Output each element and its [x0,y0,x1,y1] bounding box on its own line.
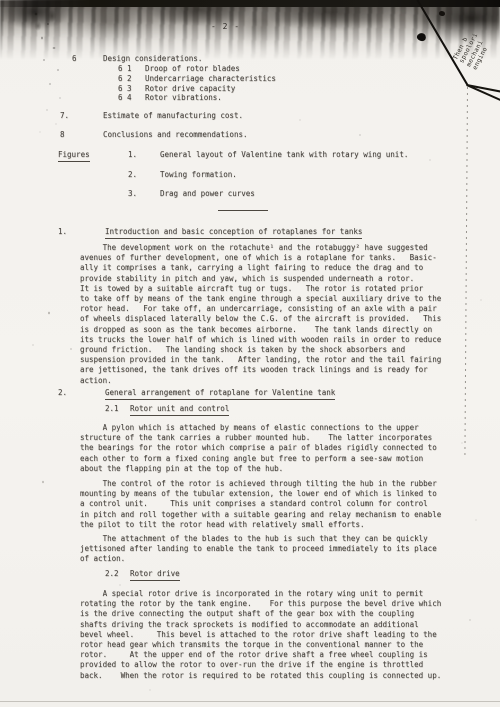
section-2-2-heading: 2.2Rotor drive [105,569,180,579]
toc-item-number: 6 [72,54,103,64]
figures-heading: Figures [58,150,90,162]
section-2-heading: 2.General arrangement of rotaplane for V… [58,388,335,398]
toc-subitem-64: 6 4Rotor vibrations. [118,93,222,103]
figure-caption: Towing formation. [160,170,237,179]
scanned-document-page: - 2 - Then b spoolori mechani engino 6De… [0,0,500,707]
top-scan-smudge-artifact [0,0,500,60]
section-title: Rotor drive [130,569,180,581]
toc-subitem-number: 6 4 [118,93,145,103]
toc-item-label: Design considerations. [103,54,202,63]
section-1-paragraph: The development work on the rotachute¹ a… [80,243,441,386]
section-divider-line [218,210,268,211]
figure-number: 3. [128,189,160,199]
toc-subitem-62: 6 2Undercarriage characteristics [118,74,276,84]
bottom-scan-edge-line [0,701,500,702]
page-number: - 2 - [211,22,240,31]
figure-number: 1. [128,150,160,160]
toc-item-number: 8 [60,130,103,140]
section-number: 2.2 [105,569,130,579]
toc-item-number: 7. [60,111,103,121]
left-speckle-artifact [14,4,84,144]
toc-subitem-number: 6 1 [118,64,145,74]
section-2-1-paragraph-2: The control of the rotor is achieved thr… [80,479,441,530]
figures-row-3: 3.Drag and power curves [128,189,255,199]
section-number: 1. [58,227,105,237]
figures-row-2: 2.Towing formation. [128,170,237,180]
toc-subitem-label: Rotor vibrations. [145,93,222,102]
section-number: 2. [58,388,105,398]
section-2-1-paragraph-1: A pylon which is attached by means of el… [80,423,437,474]
section-2-1-paragraph-3: The attachment of the blades to the hub … [80,534,437,565]
toc-subitem-label: Rotor drive capacity [145,84,235,93]
toc-subitem-label: Undercarriage characteristics [145,74,276,83]
figure-number: 2. [128,170,160,180]
toc-item-7: 7.Estimate of manufacturing cost. [60,111,243,121]
vertical-crease-line [464,87,468,457]
section-title: Introduction and basic conception of rot… [105,227,362,239]
section-2-2-paragraph-1: A special rotor drive is incorporated in… [80,589,441,681]
figure-caption: General layout of Valentine tank with ro… [160,150,408,159]
ink-speck-artifact [439,11,445,16]
section-number: 2.1 [105,404,130,414]
toc-item-6: 6Design considerations. [72,54,202,64]
section-1-heading: 1.Introduction and basic conception of r… [58,227,362,237]
figures-heading-wrap: Figures [58,150,128,160]
ink-blot-artifact [416,32,427,42]
section-2-1-heading: 2.1Rotor unit and control [105,404,229,414]
section-title: Rotor unit and control [130,404,229,416]
toc-item-label: Conclusions and recommendations. [103,130,248,139]
section-title: General arrangement of rotaplane for Val… [105,388,335,400]
toc-subitem-label: Droop of rotor blades [145,64,240,73]
figure-caption: Drag and power curves [160,189,255,198]
top-scan-edge-bar [0,0,500,7]
toc-subitem-61: 6 1Droop of rotor blades [118,64,240,74]
toc-subitem-number: 6 2 [118,74,145,84]
toc-item-label: Estimate of manufacturing cost. [103,111,243,120]
figures-row-1: Figures1.General layout of Valentine tan… [58,150,408,160]
bleed-through-text: Then b spoolori mechani engino [452,29,493,72]
toc-item-8: 8Conclusions and recommendations. [60,130,248,140]
